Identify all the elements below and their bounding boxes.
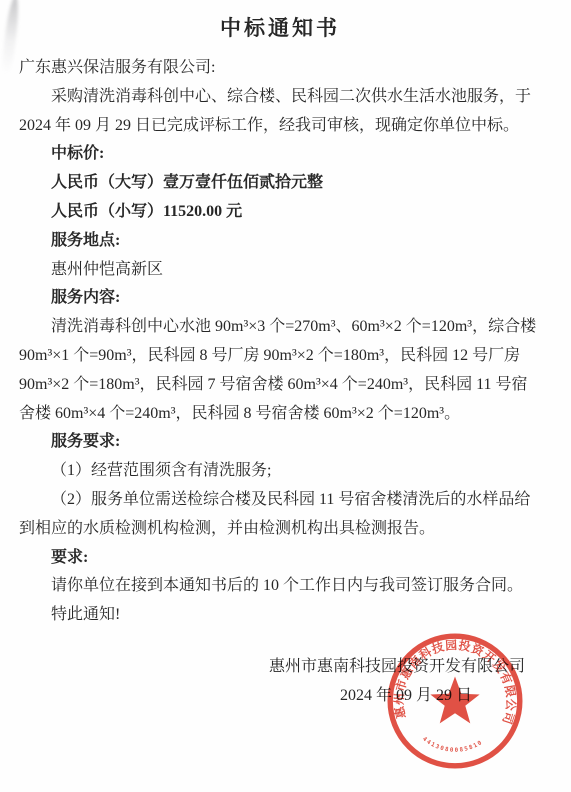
- final-requirement-text: 请你单位在接到本通知书后的 10 个工作日内与我司签订服务合同。: [19, 572, 541, 601]
- intro-paragraph: 采购清洗消毒科创中心、综合楼、民科园二次供水生活水池服务，于 2024 年 09…: [19, 83, 541, 141]
- award-notice-document: 中标通知书 广东惠兴保洁服务有限公司: 采购清洗消毒科创中心、综合楼、民科园二次…: [0, 0, 571, 792]
- service-content-paragraph: 清洗消毒科创中心水池 90m³×3 个=270m³、60m³×2 个=120m³…: [19, 313, 541, 428]
- award-price-label: 中标价:: [19, 140, 541, 169]
- service-location-label: 服务地点:: [19, 227, 541, 256]
- service-requirement-item-1: （1）经营范围须含有清洗服务;: [19, 457, 541, 486]
- final-requirement-label: 要求:: [19, 544, 541, 573]
- svg-text:4413080085810: 4413080085810: [421, 736, 484, 754]
- price-in-words: 人民币（大写）壹万壹仟伍佰贰拾元整: [19, 169, 541, 198]
- stamp-code-arc-text: 4413080085810: [421, 736, 484, 754]
- signature-block: 惠州市惠南科技园投资开发有限公司 2024 年 09 月 29 日: [19, 653, 541, 711]
- service-content-label: 服务内容:: [19, 284, 541, 313]
- page-title: 中标通知书: [19, 12, 541, 44]
- recipient-line: 广东惠兴保洁服务有限公司:: [19, 54, 541, 83]
- price-in-figures: 人民币（小写）11520.00 元: [19, 198, 541, 227]
- signature-company: 惠州市惠南科技园投资开发有限公司: [19, 653, 525, 682]
- scan-smudge-artifact: [0, 0, 21, 78]
- closing-line: 特此通知!: [19, 601, 541, 630]
- service-requirements-label: 服务要求:: [19, 428, 541, 457]
- service-location-value: 惠州仲恺高新区: [19, 256, 541, 285]
- service-requirement-item-2: （2）服务单位需送检综合楼及民科园 11 号宿舍楼清洗后的水样品给到相应的水质检…: [19, 486, 541, 544]
- signature-date: 2024 年 09 月 29 日: [19, 682, 525, 711]
